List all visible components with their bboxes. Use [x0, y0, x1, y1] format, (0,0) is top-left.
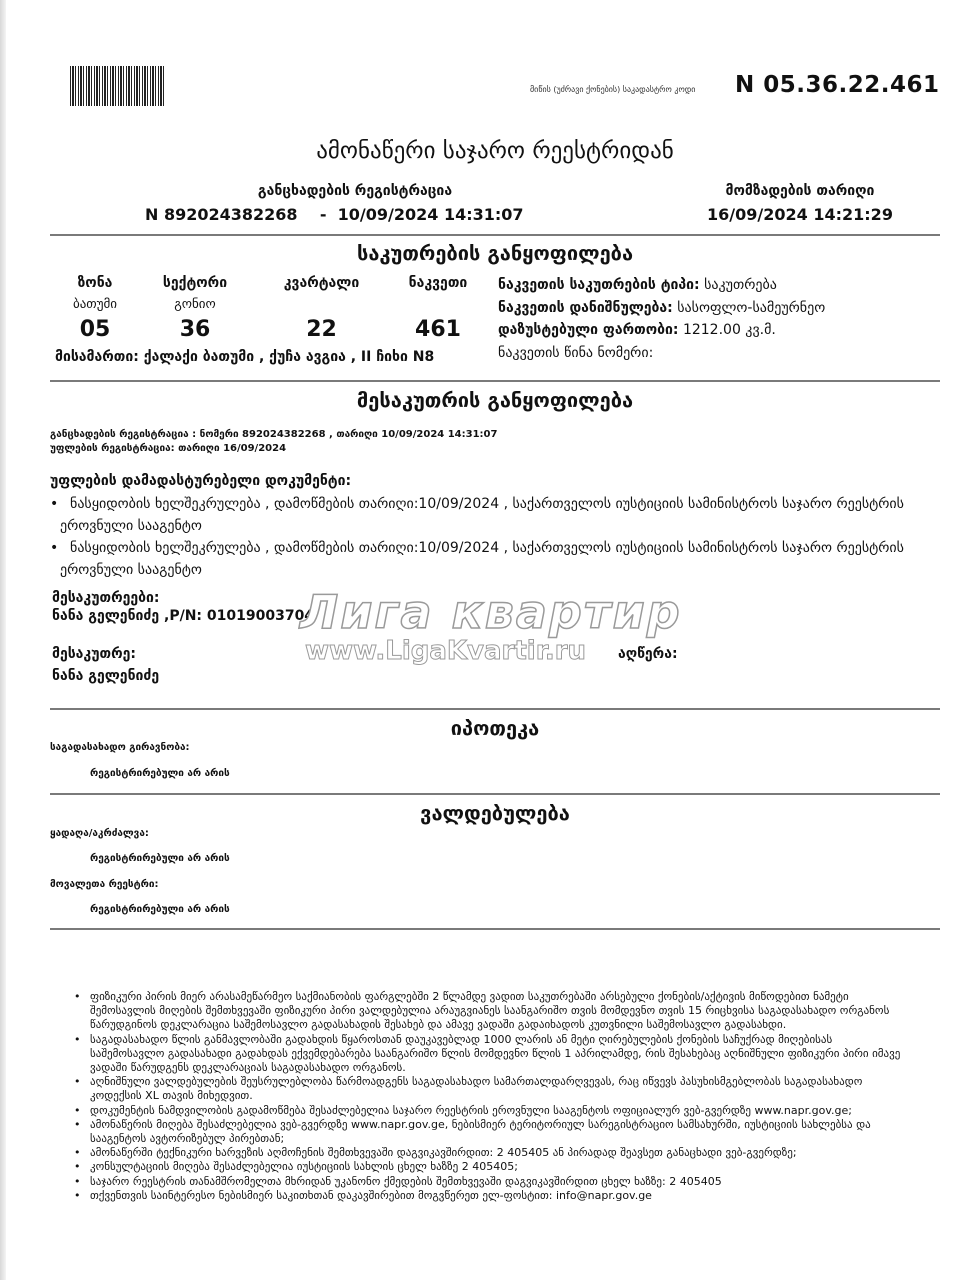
- plot-purpose-label: ნაკვეთის დანიშნულება:: [498, 300, 673, 316]
- note-item: კონსულტაციის მიღება შესაძლებელია იუსტიცი…: [90, 1160, 910, 1174]
- barcode-icon: [70, 66, 165, 106]
- divider: [50, 234, 940, 236]
- registration-value: N 892024382268 - 10/09/2024 14:31:07: [145, 205, 524, 224]
- seizure-label: ყადაღა/აკრძალვა:: [50, 828, 149, 839]
- previous-number-label: ნაკვეთის წინა ნომერი:: [498, 342, 825, 365]
- watermark-url: www.LigaKvartir.ru: [305, 636, 586, 666]
- registration-heading: განცხადების რეგისტრაცია: [200, 183, 510, 199]
- quarter-column: კვარტალი 22: [269, 275, 374, 342]
- zone-column: ზონა ბათუმი 05: [45, 275, 145, 342]
- plot-name: [388, 297, 488, 313]
- ownership-type-value: საკუთრება: [704, 277, 777, 293]
- ownership-type-label: ნაკვეთის საკუთრების ტიპი:: [498, 277, 700, 293]
- quarter-name: [269, 297, 374, 313]
- mortgage-section-title: იპოთეკა: [0, 716, 960, 740]
- footer-notes: ფიზიკური პირის მიერ არასამეწარმეო საქმია…: [90, 990, 910, 1203]
- owners-value: ნანა გელენიძე ,P/N: 01019003704: [52, 608, 314, 624]
- document-title: ამონაწერი საჯარო რეესტრიდან: [0, 138, 960, 164]
- divider: [50, 708, 940, 710]
- prepared-date-value: 16/09/2024 14:21:29: [690, 205, 910, 224]
- divider: [50, 380, 940, 382]
- quarter-heading: კვარტალი: [269, 275, 374, 291]
- rights-registration-line: უფლების რეგისტრაცია: თარიღი 16/09/2024: [50, 443, 286, 454]
- area-value: 1212.00 კვ.მ.: [683, 322, 776, 338]
- document-item: ნასყიდობის ხელშეკრულება , დამოწმების თარ…: [50, 493, 930, 537]
- note-item: ამონაწერის მიღება შესაძლებელია ვებ-გვერდ…: [90, 1118, 910, 1146]
- prepared-date-heading: მომზადების თარიღი: [690, 183, 910, 199]
- note-item: თქვენთვის საინტერესო ნებისმიერ საკითხთან…: [90, 1189, 910, 1203]
- cadastral-code-label: მიწის (უძრავი ქონების) საკადასტრო კოდი: [530, 85, 695, 94]
- owners-label: მესაკუთრეები:: [52, 590, 160, 606]
- sector-value: 36: [145, 317, 245, 342]
- tax-lien-value: რეგისტრირებული არ არის: [90, 768, 230, 779]
- description-label: აღწერა:: [618, 646, 678, 662]
- owner-value: ნანა გელენიძე: [52, 668, 159, 684]
- note-item: ფიზიკური პირის მიერ არასამეწარმეო საქმია…: [90, 990, 910, 1033]
- debtors-registry-value: რეგისტრირებული არ არის: [90, 904, 230, 915]
- note-item: დოკუმენტის ნამდვილობის გადამოწმება შესაძ…: [90, 1104, 910, 1118]
- plot-column: ნაკვეთი 461: [388, 275, 488, 342]
- zone-heading: ზონა: [45, 275, 145, 291]
- owners-value-text: ნანა გელენიძე ,P/N: 01019003704: [52, 608, 314, 624]
- plot-info: ნაკვეთის საკუთრების ტიპი: საკუთრება ნაკვ…: [498, 274, 825, 364]
- note-item: აღნიშნული ვალდებულების შეუსრულებლობა წარ…: [90, 1075, 910, 1103]
- plot-purpose-value: სასოფლო-სამეურნეო: [677, 300, 825, 316]
- seizure-value: რეგისტრირებული არ არის: [90, 853, 230, 864]
- sector-name: გონიო: [145, 297, 245, 313]
- cadastral-code: N 05.36.22.461: [735, 72, 940, 98]
- divider: [50, 793, 940, 795]
- watermark-logo: Лига квартир: [300, 585, 682, 639]
- zone-name: ბათუმი: [45, 297, 145, 313]
- note-item: ამონაწერში ტექნიკური ხარვეზის აღმოჩენის …: [90, 1146, 910, 1160]
- documents-list: ნასყიდობის ხელშეკრულება , დამოწმების თარ…: [50, 493, 930, 581]
- owner-section-title: მესაკუთრის განყოფილება: [0, 388, 960, 412]
- note-item: საგადასახადო წლის განმავლობაში გადახდის …: [90, 1033, 910, 1076]
- note-item: საჯარო რეესტრის თანამშრომელთა მხრიდან უკ…: [90, 1175, 910, 1189]
- property-section-title: საკუთრების განყოფილება: [0, 241, 960, 265]
- application-registration-line: განცხადების რეგისტრაცია : ნომერი 8920243…: [50, 429, 497, 440]
- document-item: ნასყიდობის ხელშეკრულება , დამოწმების თარ…: [50, 537, 930, 581]
- divider: [50, 928, 940, 930]
- sector-column: სექტორი გონიო 36: [145, 275, 245, 342]
- obligation-section-title: ვალდებულება: [0, 801, 960, 825]
- documents-heading: უფლების დამადასტურებელი დოკუმენტი:: [50, 473, 351, 489]
- quarter-value: 22: [269, 317, 374, 342]
- zone-value: 05: [45, 317, 145, 342]
- page-edge-shadow: [0, 0, 6, 1280]
- tax-lien-label: საგადასახადო გირავნობა:: [50, 742, 190, 753]
- area-label: დაზუსტებული ფართობი:: [498, 322, 679, 338]
- sector-heading: სექტორი: [145, 275, 245, 291]
- plot-value: 461: [388, 317, 488, 342]
- owner-label: მესაკუთრე:: [52, 646, 136, 662]
- debtors-registry-label: მოვალეთა რეესტრი:: [50, 879, 158, 890]
- plot-heading: ნაკვეთი: [388, 275, 488, 291]
- property-address: მისამართი: ქალაქი ბათუმი , ქუჩა ავგია , …: [55, 349, 434, 365]
